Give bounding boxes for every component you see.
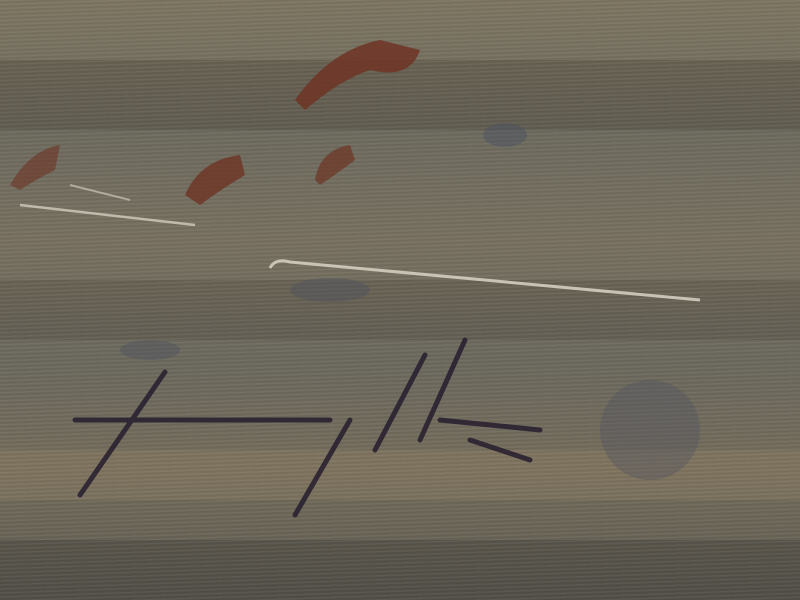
painting-surface [0, 0, 800, 600]
signature [75, 340, 540, 515]
paint-strokes [0, 0, 800, 600]
